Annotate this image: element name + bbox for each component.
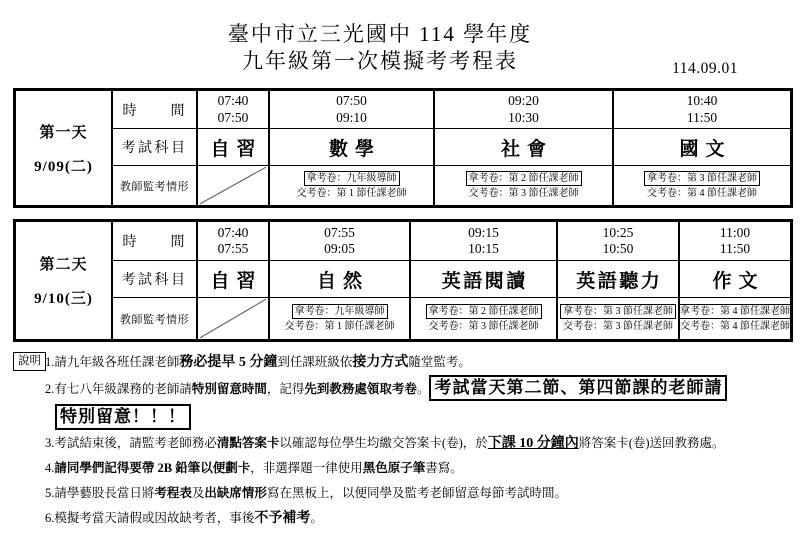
note-text-segment: 3.考試結束後，請監考老師務必 bbox=[45, 436, 217, 450]
time-start: 09:15 bbox=[468, 225, 499, 242]
note-text-segment: 特別留意時間 bbox=[192, 382, 267, 396]
day2-period3-time: 10:25 10:50 bbox=[556, 222, 678, 260]
day1-period3-time: 10:40 11:50 bbox=[612, 91, 790, 128]
time-start: 07:40 bbox=[218, 225, 249, 242]
day2-selfstudy-time: 07:40 07:55 bbox=[196, 222, 268, 260]
day1-subject-row-label: 考試科目 bbox=[111, 128, 196, 165]
pickup-instruction: 拿考卷：九年級導師 bbox=[292, 304, 388, 319]
note-item-2: 2.有七八年級課務的老師請特別留意時間，記得先到教務處領取考卷。考試當天第二節、… bbox=[45, 375, 796, 431]
pickup-instruction: 拿考卷：第 2 節任課老師 bbox=[466, 171, 582, 186]
note-item-5: 5.請學藝股長當日將考程表及出缺席情形寫在黑板上，以便同學及監考老師留意每節考試… bbox=[45, 481, 796, 506]
day2-subject-science: 自然 bbox=[268, 260, 409, 297]
note-item-1: 1.請九年級各班任課老師務必提早 5 分鐘到任課班級依接力方式隨堂監考。 bbox=[45, 350, 796, 375]
day2-period2-time: 09:15 10:15 bbox=[409, 222, 556, 260]
day1-selfstudy-monitor-empty bbox=[196, 165, 268, 205]
pickup-instruction: 拿考卷：第 3 節任課老師 bbox=[560, 304, 676, 319]
note-text-segment: 特別留意！！！ bbox=[55, 404, 191, 430]
time-start: 10:40 bbox=[687, 93, 718, 110]
note-text-segment: 接力方式 bbox=[352, 355, 408, 370]
diagonal-slash bbox=[198, 166, 268, 205]
time-start: 07:50 bbox=[336, 93, 367, 110]
day1-selfstudy-subject: 自習 bbox=[196, 128, 268, 165]
submit-instruction: 交考卷：第 3 節任課老師 bbox=[469, 187, 579, 200]
day1-subject-social: 社會 bbox=[433, 128, 612, 165]
day2-subject-row-label: 考試科目 bbox=[111, 260, 196, 297]
time-end: 09:05 bbox=[324, 241, 355, 258]
notes-section: 說明 1.請九年級各班任課老師務必提早 5 分鐘到任課班級依接力方式隨堂監考。2… bbox=[0, 350, 800, 531]
day2-monitor-row-label: 教師監考情形 bbox=[111, 297, 196, 339]
note-text-segment: 5.請學藝股長當日將 bbox=[45, 486, 154, 500]
schedule-table-day2: 第二天 9/10(三) 時 間 07:40 07:55 07:55 09:05 … bbox=[13, 219, 793, 342]
time-start: 07:55 bbox=[324, 225, 355, 242]
day1-period2-monitor: 拿考卷：第 2 節任課老師 交考卷：第 3 節任課老師 bbox=[433, 165, 612, 205]
time-end: 10:15 bbox=[468, 241, 499, 258]
document-header: 臺中市立三光國中 114 學年度 九年級第一次模擬考考程表 114.09.01 bbox=[0, 0, 800, 88]
pickup-instruction: 拿考卷：第 4 節任課老師 bbox=[678, 304, 790, 319]
time-end: 11:50 bbox=[720, 241, 750, 258]
note-text-segment: 以確認每位學生均繳交答案卡(卷)，於 bbox=[279, 436, 487, 450]
submit-instruction: 交考卷：第 3 節任課老師 bbox=[429, 320, 539, 333]
note-item-6: 6.模擬考當天請假或因故缺考者，事後不予補考。 bbox=[45, 506, 796, 531]
note-text-segment: ，記得 bbox=[267, 382, 305, 396]
submit-instruction: 交考卷：第 1 節任課老師 bbox=[297, 187, 407, 200]
note-text-segment: 到任課班級依 bbox=[277, 355, 352, 369]
submit-instruction: 交考卷：第 1 節任課老師 bbox=[285, 320, 395, 333]
day2-period2-monitor: 拿考卷：第 2 節任課老師 交考卷：第 3 節任課老師 bbox=[409, 297, 556, 339]
day2-subject-composition: 作文 bbox=[678, 260, 790, 297]
day2-period4-monitor: 拿考卷：第 4 節任課老師 交考卷：第 4 節任課老師 bbox=[678, 297, 790, 339]
time-start: 09:20 bbox=[508, 93, 539, 110]
day2-period4-time: 11:00 11:50 bbox=[678, 222, 790, 260]
note-text-segment: 6.模擬考當天請假或因故缺考者，事後 bbox=[45, 511, 254, 525]
day1-selfstudy-time: 07:40 07:50 bbox=[196, 91, 268, 128]
time-end: 10:30 bbox=[508, 110, 539, 127]
day2-selfstudy-monitor-empty bbox=[196, 297, 268, 339]
submit-instruction: 交考卷：第 3 節任課老師 bbox=[563, 320, 673, 333]
day1-time-row-label: 時 間 bbox=[111, 91, 196, 128]
day2-date: 9/10(三) bbox=[34, 287, 93, 308]
note-text-segment: 出缺席情形 bbox=[204, 486, 267, 500]
day2-time-row-label: 時 間 bbox=[111, 222, 196, 260]
day1-period1-monitor: 拿考卷：九年級導師 交考卷：第 1 節任課老師 bbox=[268, 165, 433, 205]
note-text-segment: 將答案卡(卷)送回教務處。 bbox=[579, 436, 725, 450]
submit-instruction: 交考卷：第 4 節任課老師 bbox=[680, 320, 790, 333]
time-end: 07:50 bbox=[218, 110, 249, 127]
day1-period2-time: 09:20 10:30 bbox=[433, 91, 612, 128]
note-text-segment: 考程表 bbox=[154, 486, 192, 500]
note-text-segment: 及 bbox=[192, 486, 205, 500]
day2-title: 第二天 bbox=[39, 253, 87, 274]
pickup-instruction: 拿考卷：九年級導師 bbox=[304, 171, 400, 186]
note-text-segment: 。 bbox=[417, 382, 430, 396]
day1-subject-chinese: 國文 bbox=[612, 128, 790, 165]
pickup-instruction: 拿考卷：第 2 節任課老師 bbox=[426, 304, 542, 319]
time-start: 10:25 bbox=[603, 225, 634, 242]
time-end: 10:50 bbox=[603, 241, 634, 258]
document-title-line2: 九年級第一次模擬考考程表 bbox=[0, 48, 760, 75]
note-text-segment: 。 bbox=[310, 511, 323, 525]
note-text-segment: 書寫。 bbox=[425, 461, 463, 475]
note-text-segment: 1.請九年級各班任課老師 bbox=[45, 355, 179, 369]
note-text-segment: 2.有七八年級課務的老師請 bbox=[45, 382, 192, 396]
notes-label: 說明 bbox=[13, 352, 46, 371]
day1-subject-math: 數學 bbox=[268, 128, 433, 165]
note-text-segment: 先到教務處領取考卷 bbox=[304, 382, 417, 396]
note-text-segment: 寫在黑板上，以便同學及監考老師留意每節考試時間。 bbox=[267, 486, 567, 500]
pickup-instruction: 拿考卷：第 3 節任課老師 bbox=[644, 171, 760, 186]
note-text-segment: 務必提早 5 分鐘 bbox=[179, 355, 277, 370]
day2-period1-time: 07:55 09:05 bbox=[268, 222, 409, 260]
time-end: 09:10 bbox=[336, 110, 367, 127]
time-start: 11:00 bbox=[720, 225, 750, 242]
note-text-segment: 黑色原子筆 bbox=[363, 461, 426, 475]
note-text-segment: ，非選擇題一律使用 bbox=[250, 461, 363, 475]
time-end: 11:50 bbox=[687, 110, 717, 127]
note-text-segment: 請同學們記得要帶 2B 鉛筆以便劃卡 bbox=[54, 461, 250, 475]
time-end: 07:55 bbox=[218, 241, 249, 258]
note-item-3: 3.考試結束後，請監考老師務必清點答案卡以確認每位學生均繳交答案卡(卷)，於下課… bbox=[45, 431, 796, 456]
day1-period1-time: 07:50 09:10 bbox=[268, 91, 433, 128]
note-text-segment: 考試當天第二節、第四節課的老師請 bbox=[429, 375, 727, 401]
day2-period3-monitor: 拿考卷：第 3 節任課老師 交考卷：第 3 節任課老師 bbox=[556, 297, 678, 339]
document-title: 臺中市立三光國中 114 學年度 九年級第一次模擬考考程表 bbox=[0, 0, 760, 75]
day1-date: 9/09(二) bbox=[34, 155, 93, 176]
note-text-segment: 4. bbox=[45, 461, 54, 475]
day2-subject-english-reading: 英語閱讀 bbox=[409, 260, 556, 297]
time-start: 07:40 bbox=[218, 93, 249, 110]
day2-period1-monitor: 拿考卷：九年級導師 交考卷：第 1 節任課老師 bbox=[268, 297, 409, 339]
day1-label-cell: 第一天 9/09(二) bbox=[16, 91, 111, 205]
note-text-segment: 下課 10 分鐘內 bbox=[488, 436, 579, 451]
day2-subject-english-listening: 英語聽力 bbox=[556, 260, 678, 297]
schedule-table-day1: 第一天 9/09(二) 時 間 07:40 07:50 07:50 09:10 … bbox=[13, 88, 793, 208]
document-title-line1: 臺中市立三光國中 114 學年度 bbox=[0, 21, 760, 48]
day1-monitor-row-label: 教師監考情形 bbox=[111, 165, 196, 205]
notes-list: 1.請九年級各班任課老師務必提早 5 分鐘到任課班級依接力方式隨堂監考。2.有七… bbox=[45, 350, 796, 531]
note-text-segment: 隨堂監考。 bbox=[408, 355, 471, 369]
day2-label-cell: 第二天 9/10(三) bbox=[16, 222, 111, 339]
day2-selfstudy-subject: 自習 bbox=[196, 260, 268, 297]
submit-instruction: 交考卷：第 4 節任課老師 bbox=[647, 187, 757, 200]
diagonal-slash bbox=[198, 298, 268, 339]
day1-period3-monitor: 拿考卷：第 3 節任課老師 交考卷：第 4 節任課老師 bbox=[612, 165, 790, 205]
document-date: 114.09.01 bbox=[672, 60, 738, 78]
note-item-4: 4.請同學們記得要帶 2B 鉛筆以便劃卡，非選擇題一律使用黑色原子筆書寫。 bbox=[45, 456, 796, 481]
note-text-segment: 清點答案卡 bbox=[217, 436, 280, 450]
day1-title: 第一天 bbox=[39, 121, 87, 142]
note-text-segment: 不予補考 bbox=[254, 511, 310, 526]
